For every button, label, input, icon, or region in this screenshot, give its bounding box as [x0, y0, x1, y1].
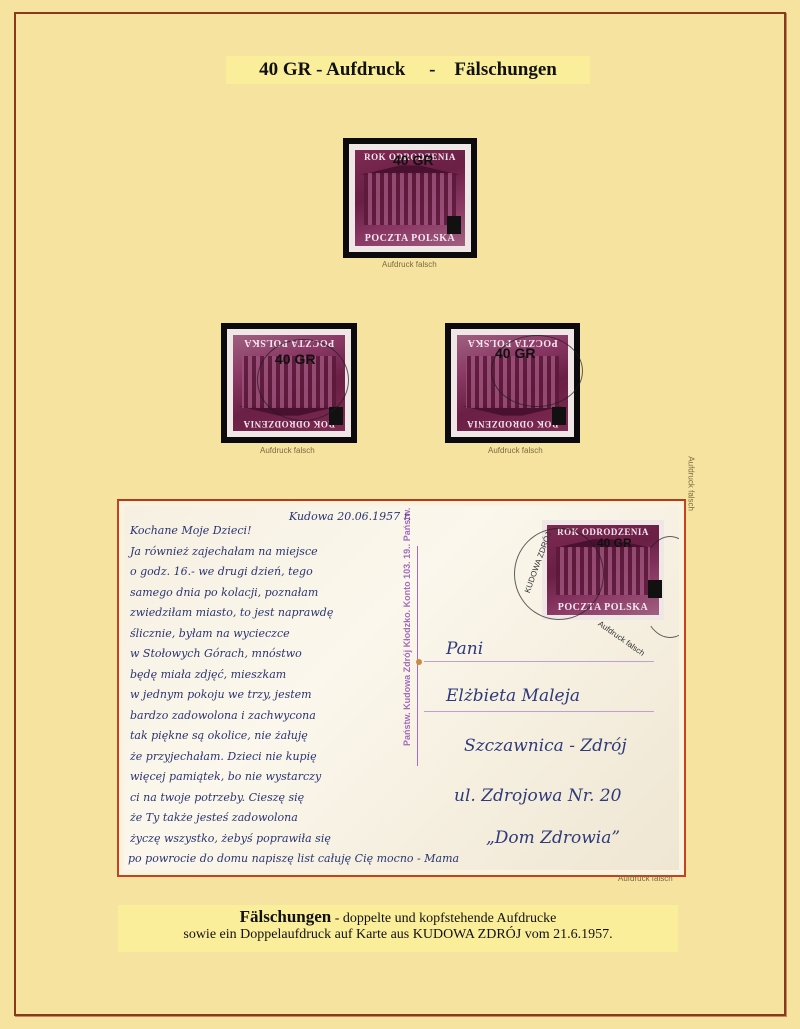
- message-line: samego dnia po kolacji, poznałam: [130, 586, 318, 599]
- message-line: ślicznie, byłam na wycieczce: [130, 627, 290, 640]
- postcard[interactable]: Kudowa 20.06.1957 r. Kochane Moje Dzieci…: [124, 506, 679, 870]
- stain: [416, 659, 422, 665]
- message-line: Kochane Moje Dzieci!: [130, 524, 251, 537]
- address-line: [424, 711, 654, 712]
- address-line-5: „Dom Zdrowia”: [486, 828, 620, 848]
- description-label-strip: Fälschungen - doppelte und kopfstehende …: [118, 905, 678, 952]
- message-line: że Ty także jesteś zadowolona: [130, 811, 298, 824]
- message-line: więcej pamiątek, bo nie wystarczy: [130, 770, 321, 783]
- postcard-side-caption: Aufdruck falsch: [687, 456, 696, 511]
- message-line: zwiedziłam miasto, to jest naprawdę: [130, 606, 333, 619]
- postcard-bottom-caption: Aufdruck falsch: [618, 874, 673, 883]
- stamp-mount-3: ROK ODRODZENIA POCZTA POLSKA 40 GR: [445, 323, 580, 443]
- stamp-1-overprint: 40 GR: [393, 152, 433, 168]
- stamp-2-caption: Aufdruck falsch: [260, 446, 315, 455]
- postmark-icon: [491, 335, 583, 407]
- stamp-1-caption: Aufdruck falsch: [382, 260, 437, 269]
- message-line: że przyjechałam. Dzieci nie kupię: [130, 750, 317, 763]
- stamp-3-caption: Aufdruck falsch: [488, 446, 543, 455]
- message-line: po powrocie do domu napiszę list całuję …: [128, 852, 459, 865]
- postmark-icon: [257, 339, 349, 421]
- message-line: Ja również zajechałam na miejsce: [130, 545, 318, 558]
- stamp-3[interactable]: ROK ODRODZENIA POCZTA POLSKA 40 GR: [451, 329, 574, 437]
- description-line-1: Fälschungen - doppelte und kopfstehende …: [118, 907, 678, 927]
- message-line: bardzo zadowolona i zachwycona: [130, 709, 316, 722]
- stamp-mount-1: ROK ODRODZENIA POCZTA POLSKA 40 GR: [343, 138, 477, 258]
- message-line: w jednym pokoju we trzy, jestem: [130, 688, 312, 701]
- message-line: życzę wszystko, żebyś poprawiła się: [130, 832, 331, 845]
- overprint-bar-icon: [552, 407, 566, 425]
- address-line: [424, 661, 654, 662]
- address-line-2: Elżbieta Maleja: [446, 686, 580, 706]
- postcard-stamp-caption: Aufdruck falsch: [596, 619, 646, 658]
- page-title: 40 GR - Aufdruck - Fälschungen: [259, 59, 557, 81]
- address-line-3: Szczawnica - Zdrój: [464, 736, 627, 756]
- overprint-bar-icon: [447, 216, 461, 234]
- postcard-frame: Kudowa 20.06.1957 r. Kochane Moje Dzieci…: [117, 499, 686, 877]
- postcard-date: Kudowa 20.06.1957 r.: [289, 510, 411, 523]
- stamp-mount-2: ROK ODRODZENIA POCZTA POLSKA 40 GR: [221, 323, 357, 443]
- message-line: w Stołowych Górach, mnóstwo: [130, 647, 302, 660]
- message-line: o godz. 16.- we drugi dzień, tego: [130, 565, 313, 578]
- stamp-2[interactable]: ROK ODRODZENIA POCZTA POLSKA 40 GR: [227, 329, 351, 437]
- message-line: będę miała zdjęć, mieszkam: [130, 668, 286, 681]
- message-line: tak piękne są okolice, nie żałuję: [130, 729, 308, 742]
- address-line-4: ul. Zdrojowa Nr. 20: [454, 786, 621, 806]
- postmark-icon: [514, 528, 604, 620]
- message-line: ci na twoje potrzeby. Cieszę się: [130, 791, 304, 804]
- stamp-1[interactable]: ROK ODRODZENIA POCZTA POLSKA 40 GR: [349, 144, 471, 252]
- title-label-strip: 40 GR - Aufdruck - Fälschungen: [226, 56, 590, 84]
- postcard-cachet: Państw. Kudowa Zdrój Kłodzko. Konto 103.…: [402, 506, 412, 746]
- description-heading: Fälschungen: [240, 907, 332, 926]
- stamp-1-bottom-text: POCZTA POLSKA: [355, 233, 465, 244]
- description-line-1-rest: - doppelte und kopfstehende Aufdrucke: [331, 911, 556, 926]
- description-line-2: sowie ein Doppelaufdruck auf Karte aus K…: [118, 927, 678, 943]
- divider-line: [417, 546, 418, 766]
- address-line-1: Pani: [446, 639, 483, 659]
- postcard-stamp-overprint: 40 GR: [597, 536, 632, 550]
